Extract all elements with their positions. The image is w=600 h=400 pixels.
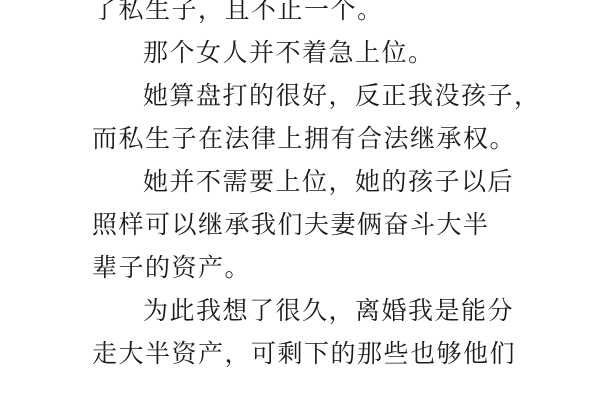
- text-line: 了私生子，且不止一个。: [92, 0, 522, 31]
- text-line: 那个女人并不着急上位。: [92, 31, 522, 74]
- paragraph-body: 了私生子，且不止一个。 那个女人并不着急上位。 她算盘打的很好，反正我没孩子， …: [92, 0, 522, 375]
- text-line: 为此我想了很久，离婚我是能分: [92, 289, 522, 332]
- text-line: 辈子的资产。: [92, 246, 522, 289]
- text-line: 走大半资产，可剩下的那些也够他们: [92, 332, 522, 375]
- text-line: 她并不需要上位，她的孩子以后: [92, 160, 522, 203]
- text-line: 而私生子在法律上拥有合法继承权。: [92, 117, 522, 160]
- text-line: 她算盘打的很好，反正我没孩子，: [92, 74, 522, 117]
- text-line: 照样可以继承我们夫妻俩奋斗大半: [92, 203, 522, 246]
- document-page: 了私生子，且不止一个。 那个女人并不着急上位。 她算盘打的很好，反正我没孩子， …: [92, 0, 522, 375]
